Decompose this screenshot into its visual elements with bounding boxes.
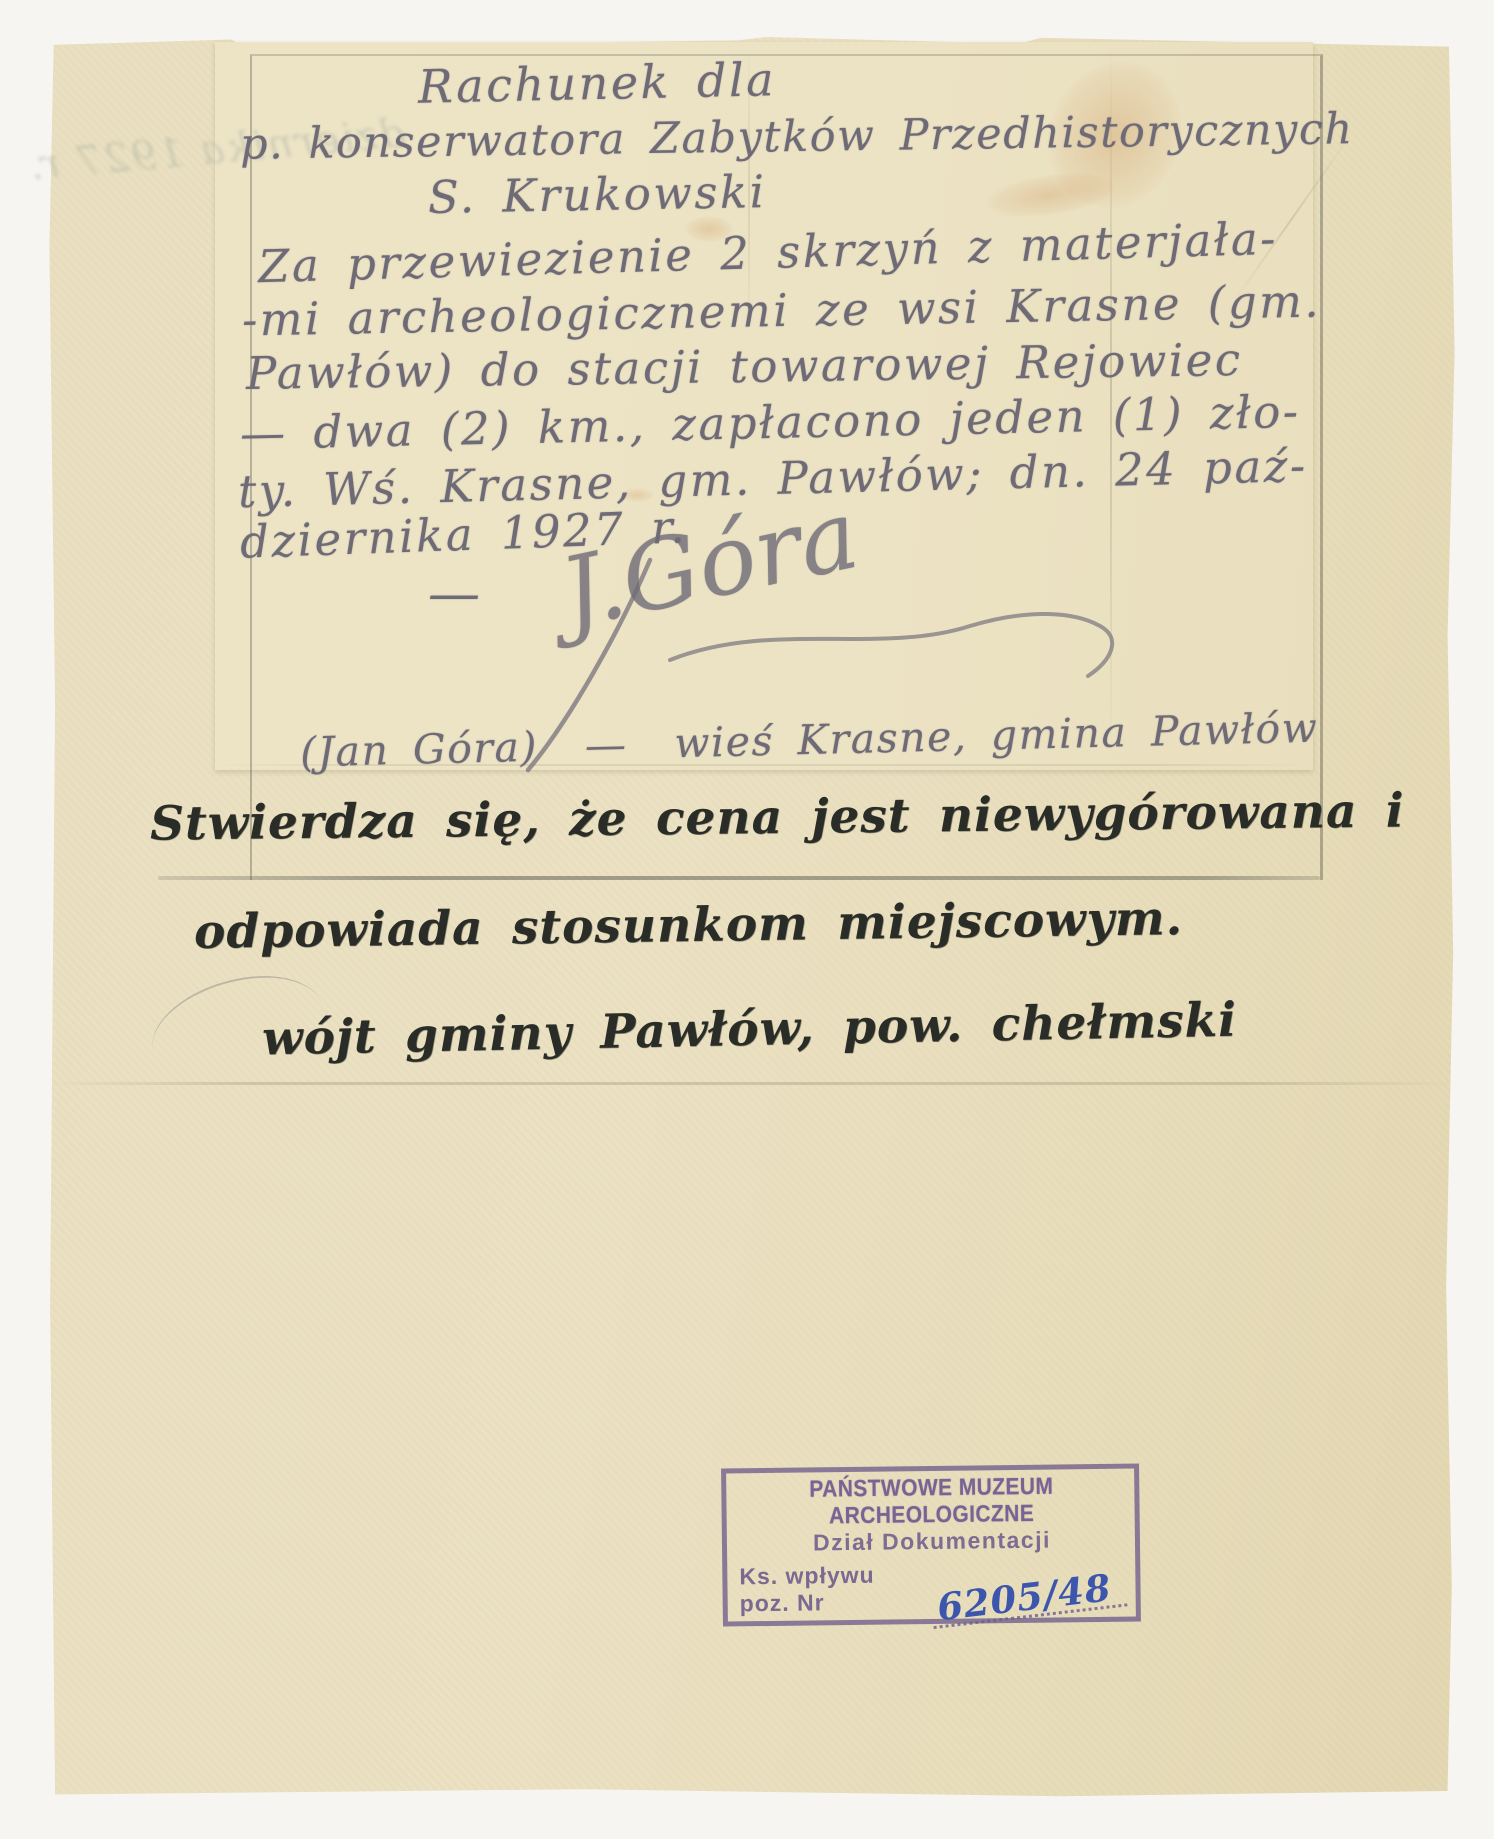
stamp-museum-name: PAŃSTWOWE MUZEUM ARCHEOLOGICZNE [738,1473,1125,1531]
receipt-title-line1: Rachunek dla [418,54,777,112]
pencil-frame-bottom-line [158,876,1320,880]
fold-crease [50,1082,1454,1085]
stamp-entry-label: Ks. wpływu poz. Nr [739,1561,921,1617]
scanned-document-page: dziernika 1927 r. Rachunek dla p. konser… [0,0,1494,1839]
stamp-entry-number-handwritten: 6205/48 [930,1572,1128,1629]
signature-dash: — [428,566,483,623]
receipt-title-line3: S. Krukowski [428,167,767,222]
museum-archive-stamp: PAŃSTWOWE MUZEUM ARCHEOLOGICZNE Dział Do… [721,1463,1141,1626]
